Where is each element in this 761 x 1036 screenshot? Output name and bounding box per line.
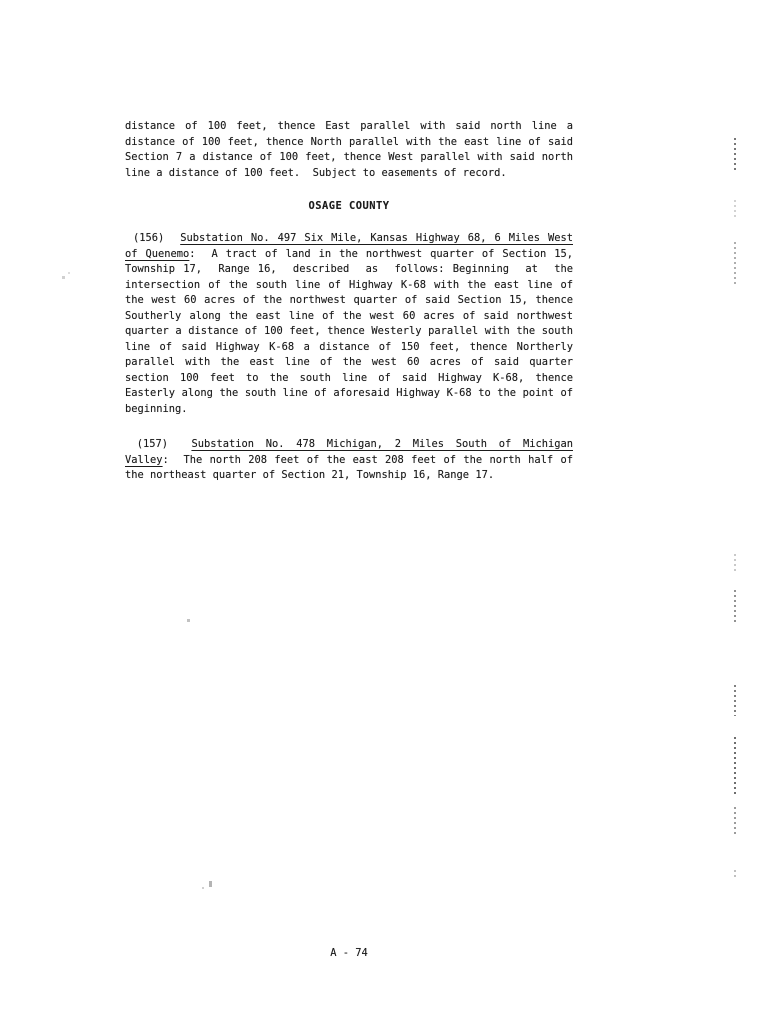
scan-artifact-dashes <box>734 200 736 220</box>
text-segment: line a distance of 100 feet. Subject to … <box>125 167 507 179</box>
text-line: parallel with the east line of the west … <box>125 355 573 371</box>
text-segment: section 100 feet to the south line of sa… <box>125 372 573 384</box>
text-segment: (156) <box>125 232 180 244</box>
scan-artifact-dashes <box>734 590 736 623</box>
underlined-text: of Quenemo <box>125 248 189 260</box>
text-segment: quarter a distance of 100 feet, thence W… <box>125 325 573 337</box>
scan-artifact-dashes <box>734 242 736 284</box>
text-line: Southerly along the east line of the wes… <box>125 309 573 325</box>
text-segment: distance of 100 feet, thence East parall… <box>125 120 573 132</box>
paragraph: (157) Substation No. 478 Michigan, 2 Mil… <box>125 437 573 484</box>
text-line: distance of 100 feet, thence North paral… <box>125 135 573 151</box>
text-segment: Section 7 a distance of 100 feet, thence… <box>125 151 573 163</box>
text-line: (157) Substation No. 478 Michigan, 2 Mil… <box>125 437 573 453</box>
text-line: distance of 100 feet, thence East parall… <box>125 119 573 135</box>
text-line: of Quenemo: A tract of land in the north… <box>125 247 573 263</box>
scan-artifact-dashes <box>734 554 736 572</box>
text-segment: parallel with the east line of the west … <box>125 356 573 368</box>
text-line: Township 17, Range 16, described as foll… <box>125 262 573 278</box>
scan-speckle <box>202 887 204 889</box>
text-line: (156) Substation No. 497 Six Mile, Kansa… <box>125 231 573 247</box>
text-segment: : A tract of land in the northwest quart… <box>189 248 573 260</box>
text-segment: OSAGE COUNTY <box>308 200 389 212</box>
text-line: the northeast quarter of Section 21, Tow… <box>125 468 573 484</box>
text-segment: line of said Highway K-68 a distance of … <box>125 341 573 353</box>
text-line: beginning. <box>125 402 573 418</box>
scan-speckle <box>62 276 65 279</box>
text-segment: : The north 208 feet of the east 208 fee… <box>163 454 573 466</box>
paragraph: distance of 100 feet, thence East parall… <box>125 119 573 181</box>
text-segment: distance of 100 feet, thence North paral… <box>125 136 573 148</box>
text-line: Valley: The north 208 feet of the east 2… <box>125 453 573 469</box>
scan-speckle <box>187 619 190 622</box>
text-segment: beginning. <box>125 403 188 415</box>
underlined-text: Substation No. 478 Michigan, 2 Miles Sou… <box>191 438 573 450</box>
text-line: intersection of the south line of Highwa… <box>125 278 573 294</box>
scan-speckle <box>68 272 70 274</box>
section-heading: OSAGE COUNTY <box>125 199 573 215</box>
scan-artifact-dashes <box>734 138 736 173</box>
scan-artifact-dashes <box>734 685 736 716</box>
scan-artifact-dashes <box>734 737 736 794</box>
paragraph: (156) Substation No. 497 Six Mile, Kansa… <box>125 231 573 417</box>
underlined-text: Substation No. 497 Six Mile, Kansas High… <box>180 232 573 244</box>
scan-artifact-dashes <box>734 870 736 880</box>
page-number: A - 74 <box>125 947 573 959</box>
text-segment: Southerly along the east line of the wes… <box>125 310 573 322</box>
underlined-text: Valley <box>125 454 163 466</box>
text-segment: intersection of the south line of Highwa… <box>125 279 573 291</box>
text-segment: Township 17, Range 16, described as foll… <box>125 263 573 275</box>
scanned-document-page: distance of 100 feet, thence East parall… <box>0 0 761 1036</box>
scan-speckle <box>209 881 212 887</box>
text-line: Easterly along the south line of aforesa… <box>125 386 573 402</box>
text-line: line a distance of 100 feet. Subject to … <box>125 166 573 182</box>
scan-artifact-dashes <box>734 807 736 834</box>
text-line: OSAGE COUNTY <box>125 199 573 215</box>
text-segment: Easterly along the south line of aforesa… <box>125 387 573 399</box>
text-segment: the northeast quarter of Section 21, Tow… <box>125 469 494 481</box>
text-line: section 100 feet to the south line of sa… <box>125 371 573 387</box>
text-line: Section 7 a distance of 100 feet, thence… <box>125 150 573 166</box>
text-line: line of said Highway K-68 a distance of … <box>125 340 573 356</box>
text-segment: (157) <box>125 438 191 450</box>
text-line: the west 60 acres of the northwest quart… <box>125 293 573 309</box>
text-segment: the west 60 acres of the northwest quart… <box>125 294 573 306</box>
text-line: quarter a distance of 100 feet, thence W… <box>125 324 573 340</box>
